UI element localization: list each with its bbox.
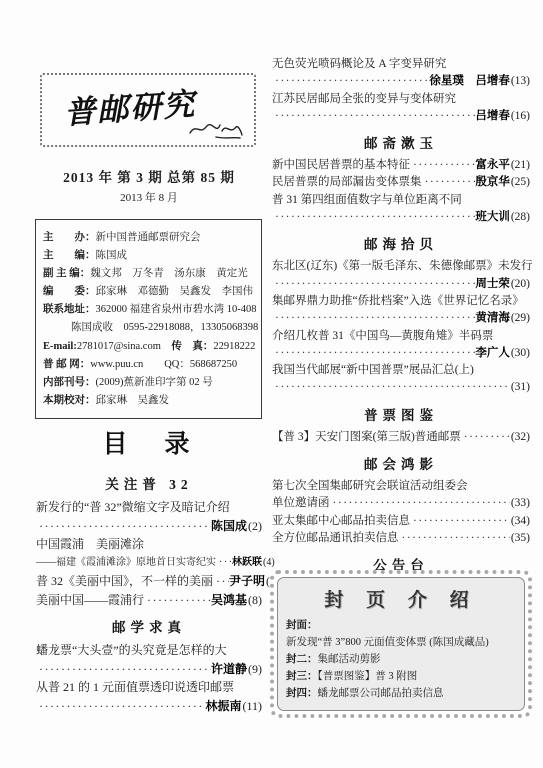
masthead-label: 联系地址： <box>43 304 96 315</box>
page-number: (21) <box>510 157 530 174</box>
masthead-value: 2781017@sina.com <box>77 341 172 352</box>
author-name: 徐星璞 吕增春 <box>429 73 510 90</box>
page-number: (9) <box>247 660 262 679</box>
toc-entry-title: 亚太集邮中心邮品拍卖信息 <box>272 513 410 530</box>
page-number: (13) <box>510 73 530 90</box>
cover-line-text: 蟠龙邮票公司邮品拍卖信息 <box>318 688 444 699</box>
masthead-label: E-mail: <box>43 341 77 352</box>
masthead-row: 联系地址：362000 福建省泉州市碧水湾 10-408 <box>43 301 254 319</box>
toc-section-header: 普票图鉴 <box>272 404 530 424</box>
dot-leader: ········································… <box>36 517 211 536</box>
masthead-row: 编 委：邱家琳 邓德勤 吴鑫发 李国伟 <box>43 283 254 301</box>
toc-entry: ········································… <box>272 209 530 226</box>
toc-entry: 【普 3】天安门图案(第三版)普通邮票·····················… <box>272 429 530 446</box>
toc-entry-title: 蟠龙票“大头壹”的头究竟是怎样的大 <box>36 641 227 660</box>
author-name: 吕增春 <box>475 108 510 125</box>
page-number: (32) <box>510 429 530 446</box>
masthead-value: 陈国成收 0595-22918088，13305068398 <box>71 322 258 333</box>
toc-entry: 从普 21 的 1 元面值票透印说透印邮票 <box>36 678 262 697</box>
toc-entry: ········································… <box>272 73 530 90</box>
toc-right-column: 无色荧光喷码概论及 A 字变异研究·······················… <box>272 56 530 597</box>
toc-entry-title: 新中国民居普票的基本特征 <box>272 157 410 174</box>
toc-section-header: 邮海拾贝 <box>272 233 530 253</box>
toc-entry-title: 江苏民居邮局全张的变异与变体研究 <box>272 91 456 108</box>
dot-leader: ········································… <box>272 276 475 293</box>
issue-date-line: 2013 年 8 月 <box>36 189 262 205</box>
masthead-row: 主 办：新中国普通邮票研究会 <box>43 229 254 247</box>
toc-entry: ········································… <box>36 697 262 716</box>
dot-leader: ········································… <box>422 174 476 191</box>
author-name: 周士荣 <box>475 276 510 293</box>
cover-line-text: 【普票图鉴】普 3 附图 <box>318 671 418 682</box>
toc-entry: 江苏民居邮局全张的变异与变体研究 <box>272 91 530 108</box>
page-number: (29) <box>510 310 530 327</box>
masthead-value: (2009)蕉新准印字第 02 号 <box>96 377 213 388</box>
toc-entry: 单位邀请函···································… <box>272 495 530 512</box>
issue-number-line: 2013 年 第 3 期 总第 85 期 <box>36 166 262 186</box>
toc-entry-title: 介绍几枚普 31《中国鸟—黄腹角雉》半码票 <box>272 328 493 345</box>
toc-entry: ········································… <box>36 660 262 679</box>
toc-entry-title: 中国霞浦 美丽滩涂 <box>36 535 144 554</box>
toc-entry: 亚太集邮中心邮品拍卖信息····························… <box>272 513 530 530</box>
toc-entry: 普 31 第四组面值数字与单位距离不同 <box>272 192 530 209</box>
masthead-row: 主 编：陈国成 <box>43 247 254 265</box>
toc-entry: 民居普票的局部漏齿变体票集···························… <box>272 174 530 191</box>
toc-section-header: 邮会鸿影 <box>272 453 530 473</box>
page-number: (34) <box>510 513 530 530</box>
author-name: 李广人 <box>475 345 510 362</box>
dot-leader: ········································… <box>272 209 475 226</box>
cover-pages-box: 封 页 介 绍 封面：新发现“普 3”800 元面值变体票 (陈国成藏品)封二：… <box>270 570 532 718</box>
toc-entry: 蟠龙票“大头壹”的头究竟是怎样的大 <box>36 641 262 660</box>
toc-entry: ········································… <box>272 379 530 396</box>
masthead-label: 普 邮 网： <box>43 359 90 370</box>
cover-line-label: 封三： <box>286 671 318 682</box>
masthead-value: 新中国普通邮票研究会 <box>96 232 201 243</box>
author-name: 班大训 <box>475 209 510 226</box>
masthead-row: 本期校对：邱家琳 吴鑫发 <box>43 392 254 410</box>
dot-leader: ········································… <box>272 345 475 362</box>
author-name: 尹子明 <box>229 572 265 591</box>
toc-entry-title: 新发行的“普 32”微缩文字及暗记介绍 <box>36 498 230 517</box>
journal-toc-page: 普邮研究 2013 年 第 3 期 总第 85 期 2013 年 8 月 主 办… <box>0 0 543 768</box>
toc-entry: ········································… <box>272 345 530 362</box>
dot-leader: ········································… <box>272 379 510 396</box>
masthead-label: 主 办： <box>43 232 96 243</box>
cover-line: 封四：蟠龙邮票公司邮品拍卖信息 <box>286 685 516 702</box>
masthead-row: 普 邮 网：www.puu.cn QQ：568687250 <box>43 356 254 374</box>
toc-entry: ········································… <box>272 310 530 327</box>
dot-leader: ········································… <box>461 429 510 446</box>
toc-section-header: 关注普 32 <box>36 473 262 493</box>
toc-entry: 普 32《美丽中国》，不一样的美丽·······················… <box>36 572 262 591</box>
toc-entry-title: 普 31 第四组面值数字与单位距离不同 <box>272 192 462 209</box>
cover-line: 封三：【普票图鉴】普 3 附图 <box>286 668 516 685</box>
cover-line: 封面： <box>286 617 516 634</box>
author-name: 黄清海 <box>475 310 510 327</box>
toc-entry: 我国当代邮展“新中国普票”展品汇总(上) <box>272 362 530 379</box>
masthead-value: 邱家琳 吴鑫发 <box>96 395 170 406</box>
page-number: (28) <box>510 209 530 226</box>
page-number: (2) <box>247 517 262 536</box>
toc-entry-title: 普 32《美丽中国》，不一样的美丽 <box>36 572 213 591</box>
masthead-row: 副 主 编：魏文邦 万冬青 汤东康 黄定光 <box>43 265 254 283</box>
cover-line-text: 集邮活动剪影 <box>318 654 381 665</box>
page-number: (8) <box>247 591 262 610</box>
toc-entry-title: ——福建《霞浦滩涂》原地首日实寄纪实 <box>36 554 216 573</box>
toc-entry-title: 我国当代邮展“新中国普票”展品汇总(上) <box>272 362 474 379</box>
toc-entry-title: 单位邀请函 <box>272 495 330 512</box>
cover-pages-title: 封 页 介 绍 <box>286 585 516 612</box>
author-name: 殷京华 <box>475 174 510 191</box>
dot-leader: ········································… <box>272 310 475 327</box>
masthead-box: 主 办：新中国普通邮票研究会主 编：陈国成副 主 编：魏文邦 万冬青 汤东康 黄… <box>35 219 262 419</box>
toc-entry-title: 美丽中国——霞浦行 <box>36 591 144 610</box>
toc-entry: 全方位邮品通讯拍卖信息·····························… <box>272 530 530 547</box>
dot-leader: ········································… <box>216 554 232 573</box>
masthead-value: 魏文邦 万冬青 汤东康 黄定光 <box>90 268 248 279</box>
toc-entry: 集邮界鼎力助推“侨批档案”入选《世界记忆名录》 <box>272 293 530 310</box>
author-name: 吴鸿基 <box>211 591 247 610</box>
cover-line: 新发现“普 3”800 元面值变体票 (陈国成藏品) <box>286 634 516 651</box>
author-name: 许道静 <box>211 660 247 679</box>
contents-title: 目 录 <box>36 424 262 460</box>
cover-line-label: 封四： <box>286 688 318 699</box>
toc-entry: 无色荧光喷码概论及 A 字变异研究 <box>272 56 530 73</box>
toc-entry: ——福建《霞浦滩涂》原地首日实寄纪实······················… <box>36 554 262 573</box>
cover-line-label: 封二： <box>286 654 318 665</box>
dot-leader: ········································… <box>399 530 510 547</box>
masthead-value: 22918222 <box>213 341 255 352</box>
dot-leader: ········································… <box>272 73 429 90</box>
dot-leader: ········································… <box>144 591 211 610</box>
dot-leader: ········································… <box>410 513 510 530</box>
toc-entry: 新发行的“普 32”微缩文字及暗记介绍 <box>36 498 262 517</box>
toc-entry-title: 【普 3】天安门图案(第三版)普通邮票 <box>272 429 461 446</box>
page-number: (33) <box>510 495 530 512</box>
masthead-label: 副 主 编： <box>43 268 90 279</box>
masthead-value: www.puu.cn QQ：568687250 <box>90 359 237 370</box>
cover-line: 封二：集邮活动剪影 <box>286 651 516 668</box>
cover-pages-inner: 封 页 介 绍 封面：新发现“普 3”800 元面值变体票 (陈国成藏品)封二：… <box>277 577 525 711</box>
dot-leader: ········································… <box>36 660 211 679</box>
dot-leader: ········································… <box>330 495 510 512</box>
page-number: (31) <box>510 379 530 396</box>
author-name: 富永平 <box>475 157 510 174</box>
cover-line-label: 封面： <box>286 620 318 631</box>
cover-line-text: 新发现“普 3”800 元面值变体票 (陈国成藏品) <box>286 637 489 648</box>
masthead-label: 主 编： <box>43 250 96 261</box>
toc-entry-title: 无色荧光喷码概论及 A 字变异研究 <box>272 56 446 73</box>
toc-entry: 第七次全国集邮研究会联谊活动组委会 <box>272 478 530 495</box>
issue-info: 2013 年 第 3 期 总第 85 期 2013 年 8 月 <box>36 166 262 205</box>
toc-entry: ········································… <box>272 108 530 125</box>
toc-entry-title: 东北区(辽东)《第一版毛泽东、朱德像邮票》未发行 <box>272 258 533 275</box>
journal-logo-box: 普邮研究 <box>40 73 256 147</box>
masthead-value: 邱家琳 邓德勤 吴鑫发 李国伟 <box>96 286 254 297</box>
toc-entry: 东北区(辽东)《第一版毛泽东、朱德像邮票》未发行 <box>272 258 530 275</box>
signature-scrawl-icon <box>186 115 244 141</box>
toc-section-header: 邮斋漱玉 <box>272 132 530 152</box>
toc-entry: ········································… <box>36 517 262 536</box>
toc-entry: 介绍几枚普 31《中国鸟—黄腹角雉》半码票 <box>272 328 530 345</box>
toc-entry-title: 民居普票的局部漏齿变体票集 <box>272 174 422 191</box>
page-number: (20) <box>510 276 530 293</box>
author-name: 陈国成 <box>211 517 247 536</box>
masthead-value: 陈国成 <box>96 250 128 261</box>
author-name: 林振南 <box>205 697 241 716</box>
page-number: (30) <box>510 345 530 362</box>
cover-pages-lines: 封面：新发现“普 3”800 元面值变体票 (陈国成藏品)封二：集邮活动剪影封三… <box>286 617 516 702</box>
masthead-label: 内部刊号： <box>43 377 96 388</box>
author-name: 林跃联 <box>232 554 262 573</box>
masthead-row: 内部刊号：(2009)蕉新准印字第 02 号 <box>43 374 254 392</box>
toc-entry-title: 全方位邮品通讯拍卖信息 <box>272 530 399 547</box>
masthead-label: 传 真： <box>171 341 213 352</box>
dot-leader: ········································… <box>410 157 475 174</box>
toc-entry-title: 第七次全国集邮研究会联谊活动组委会 <box>272 478 468 495</box>
masthead-label: 编 委： <box>43 286 96 297</box>
toc-entry-title: 从普 21 的 1 元面值票透印说透印邮票 <box>36 678 234 697</box>
page-number: (35) <box>510 530 530 547</box>
page-number: (11) <box>241 697 262 716</box>
journal-logo-calligraphy: 普邮研究 <box>63 78 198 132</box>
dot-leader: ········································… <box>213 572 229 591</box>
dot-leader: ········································… <box>36 697 205 716</box>
masthead-row: 陈国成收 0595-22918088，13305068398 <box>43 319 254 337</box>
toc-entry: ········································… <box>272 276 530 293</box>
toc-entry-title: 集邮界鼎力助推“侨批档案”入选《世界记忆名录》 <box>272 293 524 310</box>
dot-leader: ········································… <box>272 108 475 125</box>
toc-left-column: 关注普 32新发行的“普 32”微缩文字及暗记介绍···············… <box>36 466 262 715</box>
masthead-value: 362000 福建省泉州市碧水湾 10-408 <box>96 304 257 315</box>
toc-entry: 新中国民居普票的基本特征····························… <box>272 157 530 174</box>
toc-entry: 美丽中国——霞浦行·······························… <box>36 591 262 610</box>
masthead-row: E-mail:2781017@sina.com 传 真：22918222 <box>43 338 254 356</box>
toc-entry: 中国霞浦 美丽滩涂 <box>36 535 262 554</box>
page-number: (25) <box>510 174 530 191</box>
toc-section-header: 邮学求真 <box>36 616 262 636</box>
masthead-label: 本期校对： <box>43 395 96 406</box>
page-number: (16) <box>510 108 530 125</box>
